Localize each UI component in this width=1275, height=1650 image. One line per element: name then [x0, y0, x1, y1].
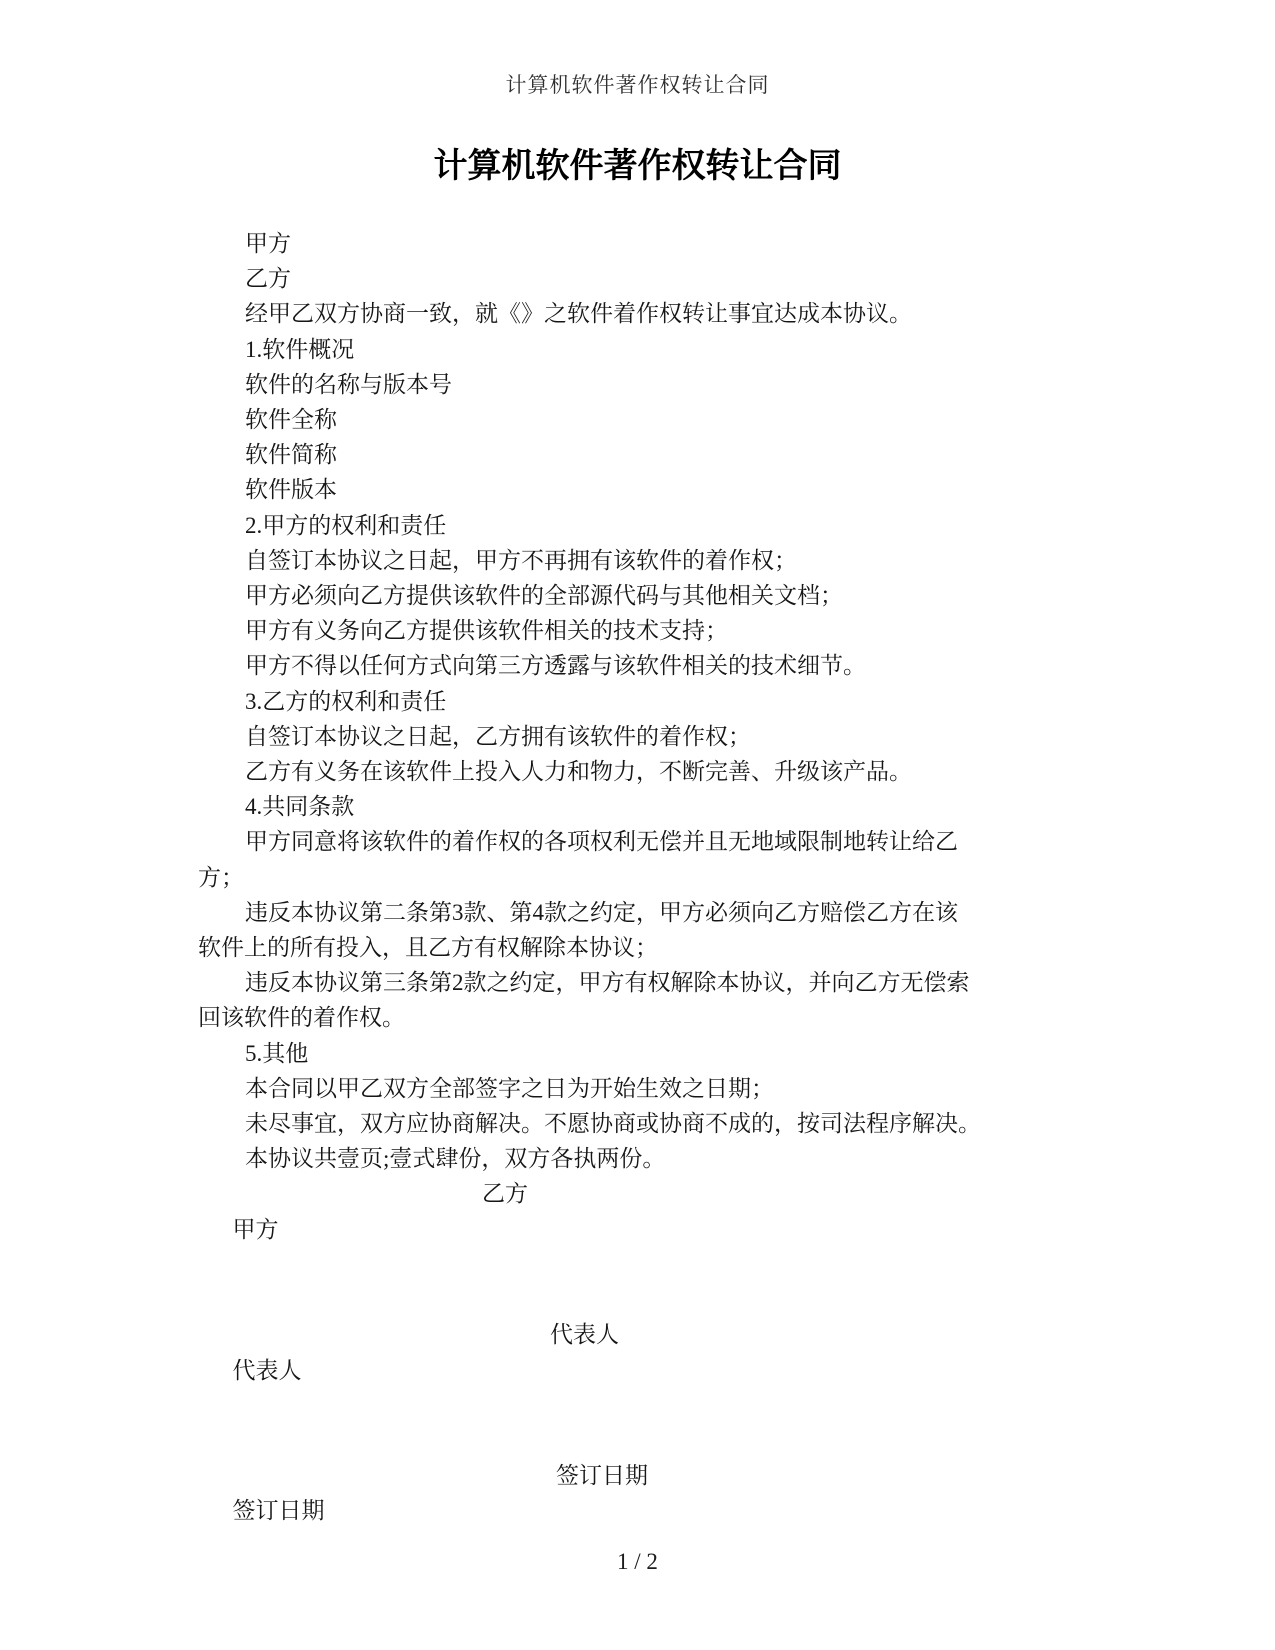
- contract-line: 甲方有义务向乙方提供该软件相关的技术支持；: [198, 613, 1098, 648]
- representative-b-label: 代表人: [550, 1317, 619, 1352]
- signature-party-b-label: 乙方: [482, 1176, 528, 1211]
- signing-date-a-label: 签订日期: [233, 1498, 325, 1523]
- contract-line: 本合同以甲乙双方全部签字之日为开始生效之日期；: [198, 1071, 1098, 1106]
- signing-date-b-label: 签订日期: [556, 1458, 648, 1493]
- contract-line: 软件上的所有投入，且乙方有权解除本协议；: [198, 930, 1098, 965]
- page-header-title: 计算机软件著作权转让合同: [0, 72, 1275, 98]
- representative-a-label: 代表人: [233, 1358, 302, 1383]
- contract-title: 计算机软件著作权转让合同: [0, 146, 1275, 186]
- contract-line: 自签订本协议之日起，甲方不再拥有该软件的着作权；: [198, 543, 1098, 578]
- contract-line: 经甲乙双方协商一致，就《》之软件着作权转让事宜达成本协议。: [198, 296, 1098, 331]
- contract-line: 方；: [198, 860, 1098, 895]
- contract-section-heading: 5.其他: [198, 1036, 1098, 1071]
- contract-section-heading: 4.共同条款: [198, 789, 1098, 824]
- contract-section-heading: 2.甲方的权利和责任: [198, 508, 1098, 543]
- contract-line: 甲方必须向乙方提供该软件的全部源代码与其他相关文档；: [198, 578, 1098, 613]
- signature-row: 代表人 代表人: [198, 1317, 1098, 1458]
- contract-section-heading: 1.软件概况: [198, 332, 1098, 367]
- contract-line: 乙方: [198, 261, 1098, 296]
- contract-line: 软件的名称与版本号: [198, 367, 1098, 402]
- contract-line: 自签订本协议之日起，乙方拥有该软件的着作权；: [198, 719, 1098, 754]
- contract-line: 甲方不得以任何方式向第三方透露与该软件相关的技术细节。: [198, 648, 1098, 683]
- signature-party-a-label: 甲方: [233, 1217, 279, 1242]
- contract-line: 甲方: [198, 226, 1098, 261]
- signature-row: 签订日期 签订日期: [198, 1458, 1098, 1599]
- document-page: 计算机软件著作权转让合同 计算机软件著作权转让合同 甲方 乙方 经甲乙双方协商一…: [0, 0, 1275, 1650]
- contract-line: 软件全称: [198, 402, 1098, 437]
- page-number: 1 / 2: [0, 1548, 1275, 1576]
- contract-line: 本协议共壹页;壹式肆份，双方各执两份。: [198, 1141, 1098, 1176]
- contract-body: 甲方 乙方 经甲乙双方协商一致，就《》之软件着作权转让事宜达成本协议。 1.软件…: [198, 226, 1098, 1599]
- contract-line: 软件简称: [198, 437, 1098, 472]
- contract-line: 甲方同意将该软件的着作权的各项权利无偿并且无地域限制地转让给乙: [198, 824, 1098, 859]
- contract-line: 未尽事宜，双方应协商解决。不愿协商或协商不成的，按司法程序解决。: [198, 1106, 1098, 1141]
- contract-section-heading: 3.乙方的权利和责任: [198, 684, 1098, 719]
- contract-line: 回该软件的着作权。: [198, 1000, 1098, 1035]
- contract-line: 违反本协议第二条第3款、第4款之约定，甲方必须向乙方赔偿乙方在该: [198, 895, 1098, 930]
- contract-line: 软件版本: [198, 472, 1098, 507]
- contract-line: 违反本协议第三条第2款之约定，甲方有权解除本协议，并向乙方无偿索: [198, 965, 1098, 1000]
- signature-row: 甲方 乙方: [198, 1176, 1098, 1317]
- contract-line: 乙方有义务在该软件上投入人力和物力，不断完善、升级该产品。: [198, 754, 1098, 789]
